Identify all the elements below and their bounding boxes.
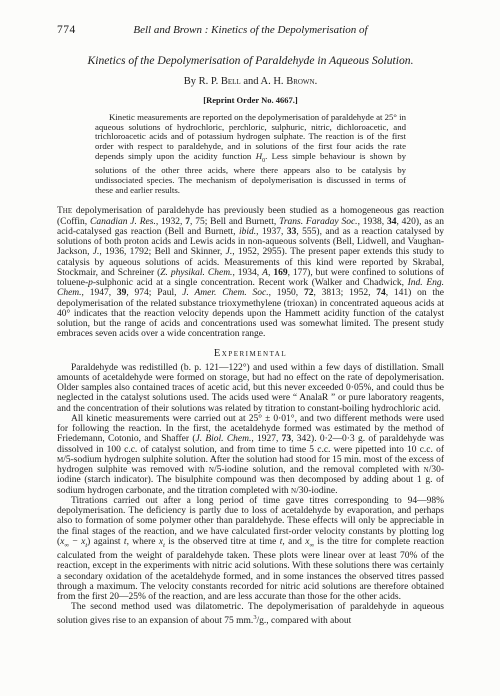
experimental-paragraph-4: The second method used was dilatometric.… bbox=[57, 602, 444, 626]
article-title: Kinetics of the Depolymerisation of Para… bbox=[57, 54, 444, 67]
abstract: Kinetic measurements are reported on the… bbox=[95, 113, 406, 195]
experimental-paragraph-2: All kinetic measurements were carried ou… bbox=[57, 414, 444, 496]
journal-page: 774 Bell and Brown : Kinetics of the Dep… bbox=[0, 0, 500, 696]
experimental-paragraph-1: Paraldehyde was redistilled (b. p. 121—1… bbox=[57, 363, 444, 414]
section-heading-experimental: Experimental bbox=[57, 348, 444, 360]
reprint-order: [Reprint Order No. 4667.] bbox=[57, 95, 444, 105]
intro-paragraph: The depolymerisation of paraldehyde has … bbox=[57, 206, 444, 339]
experimental-paragraph-3: Titrations carried out after a long peri… bbox=[57, 496, 444, 602]
byline: By R. P. Bell and A. H. Brown. bbox=[57, 76, 444, 88]
page-number: 774 bbox=[57, 24, 76, 37]
running-head: 774 Bell and Brown : Kinetics of the Dep… bbox=[57, 24, 444, 39]
running-head-title: Bell and Brown : Kinetics of the Depolym… bbox=[133, 24, 367, 36]
